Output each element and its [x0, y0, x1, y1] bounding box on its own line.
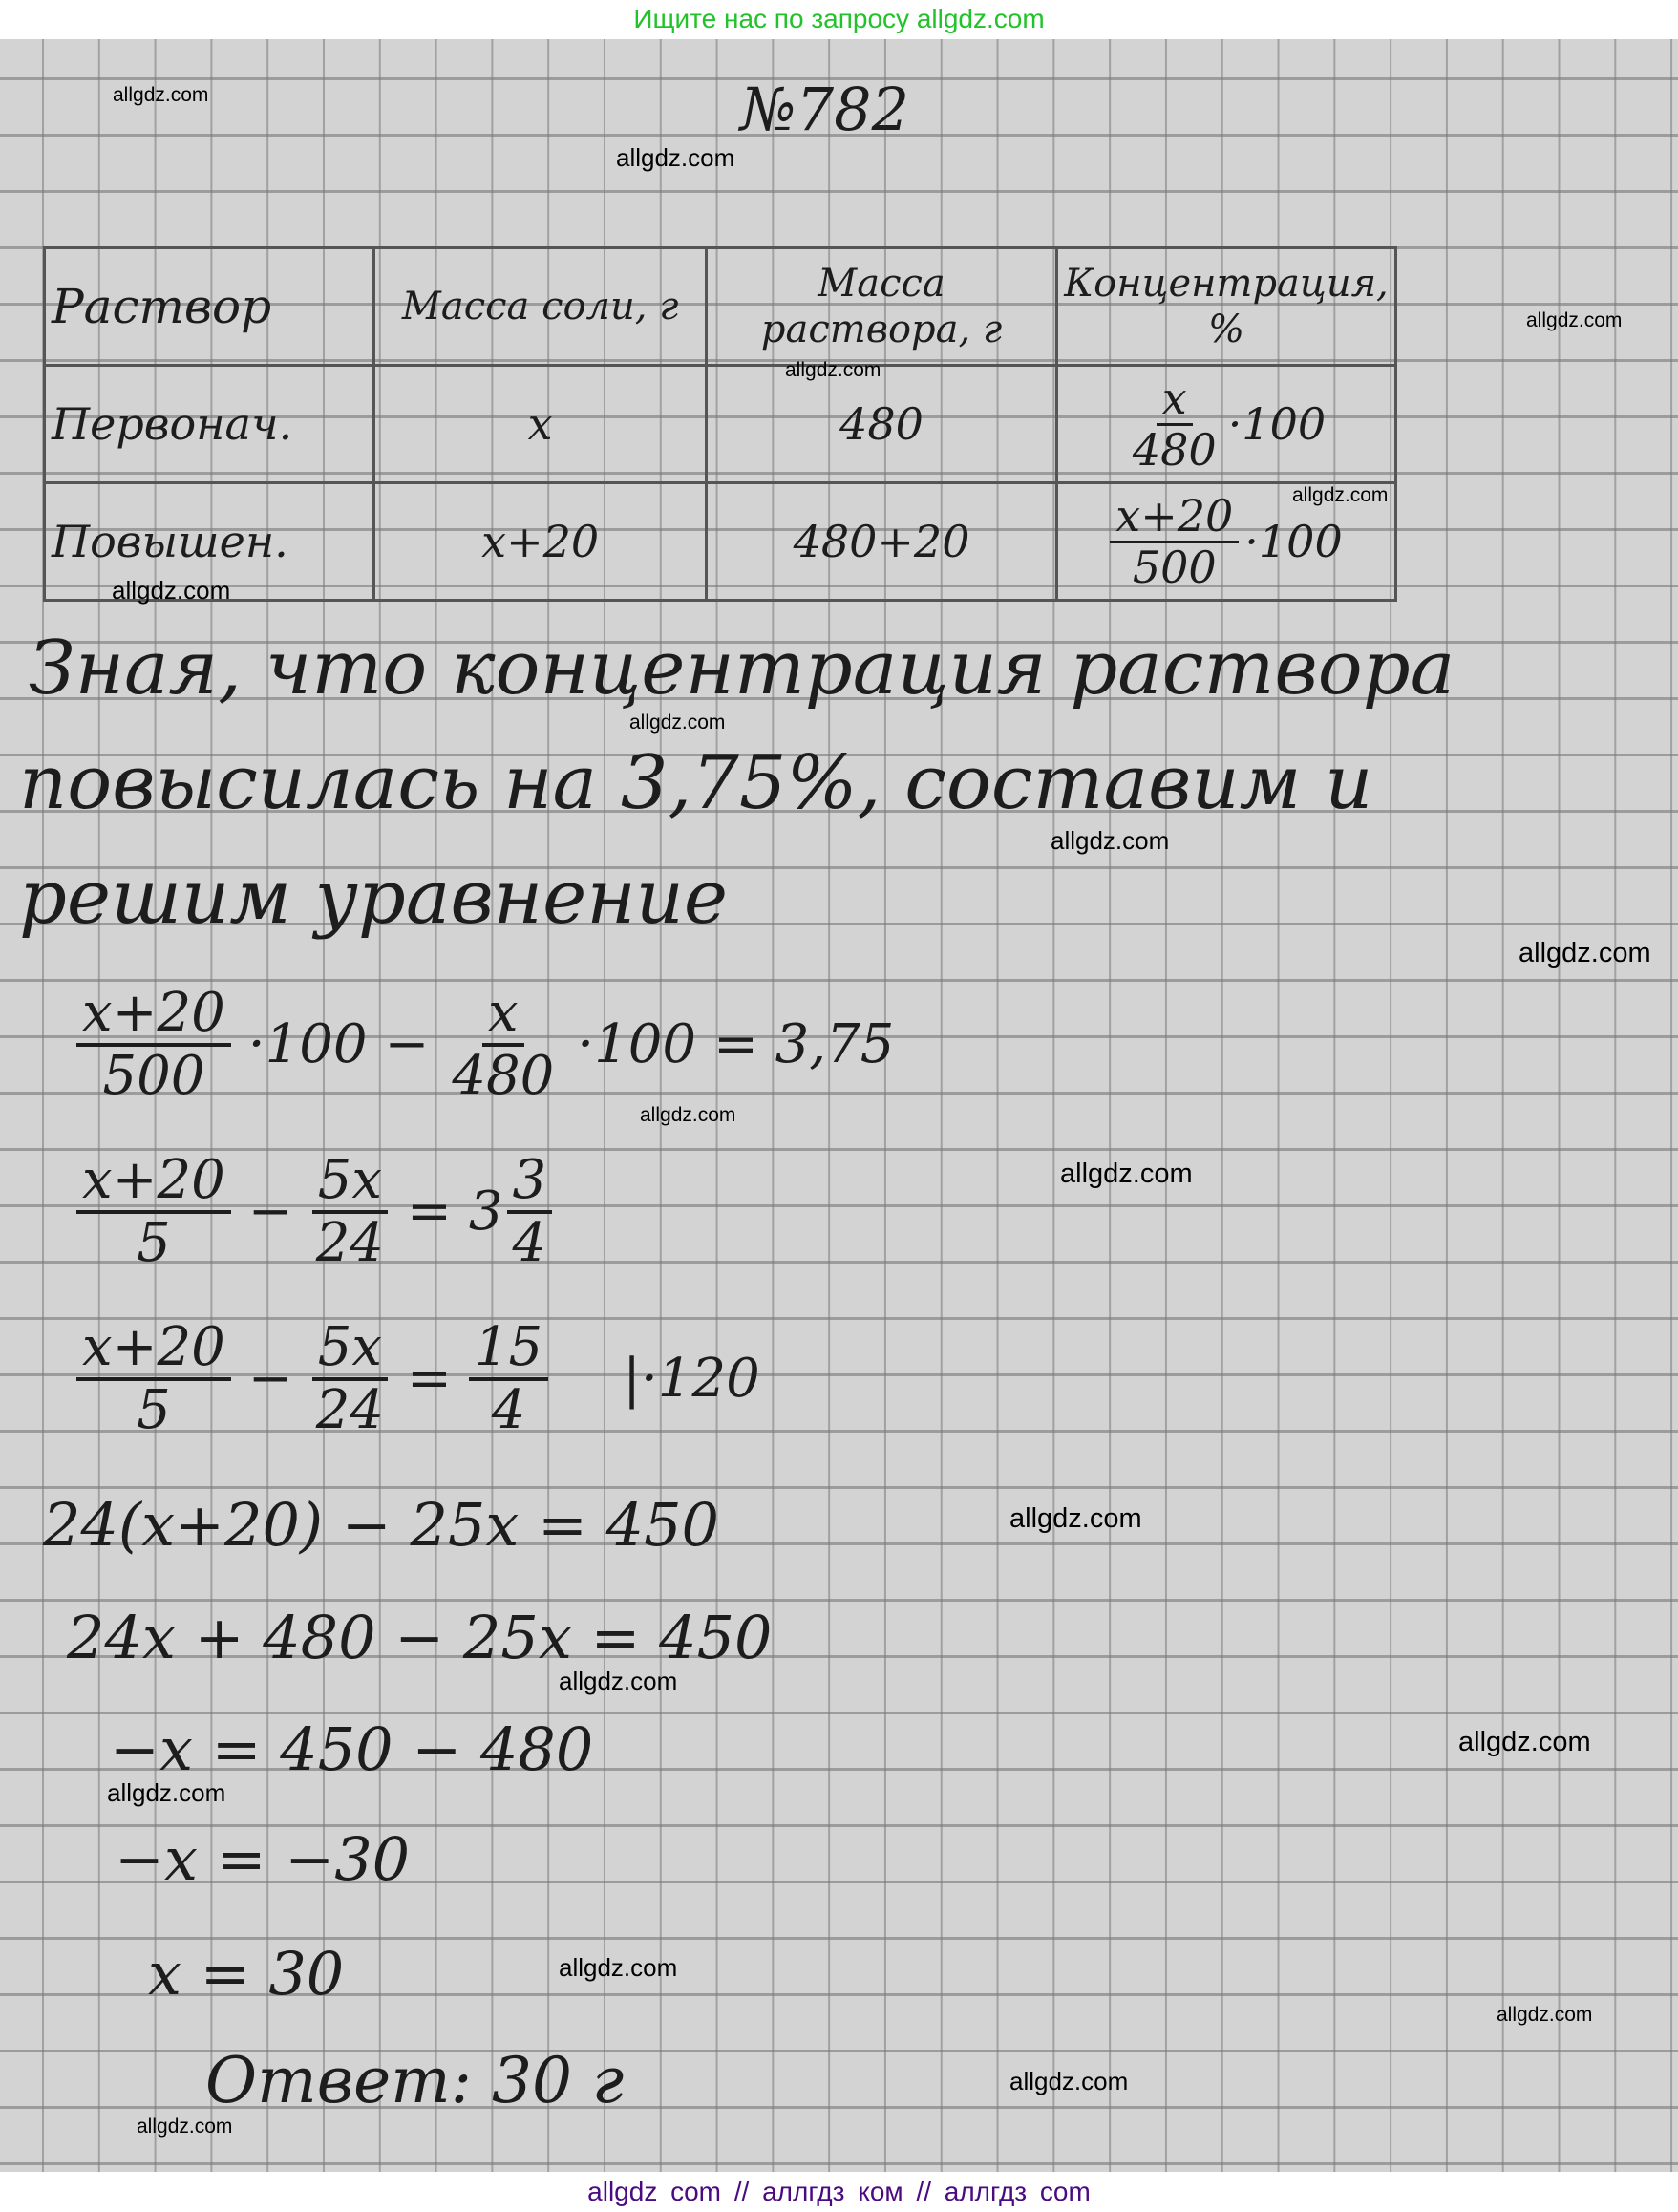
denominator: 24 [310, 1381, 390, 1440]
operator: − [384, 1013, 429, 1075]
table-header-row: Раствор Масса соли, г Масса раствора, г … [45, 248, 1396, 366]
row-concentration: x 480 ·100 [1057, 366, 1396, 483]
numerator: x [1157, 374, 1193, 426]
watermark: allgdz.com [1060, 1159, 1193, 1190]
fraction: 15 4 [469, 1318, 548, 1439]
watermark: allgdz.com [1497, 2004, 1592, 2027]
table-row: Первонач. x 480 x 480 ·100 [45, 366, 1396, 483]
rhs: = 3,75 [713, 1013, 894, 1075]
numerator: x [482, 984, 524, 1047]
row-label: Первонач. [45, 366, 374, 483]
operator: − [248, 1180, 293, 1243]
header-concentration: Концентрация, % [1057, 248, 1396, 366]
answer: Ответ: 30 г [205, 2044, 624, 2117]
multiply-note: |·120 [623, 1348, 760, 1410]
equals: = [407, 1348, 452, 1410]
equation-2: x+20 5 − 5x 24 = 3 3 4 [76, 1151, 552, 1272]
numerator: 5x [312, 1318, 388, 1381]
numerator: x+20 [76, 984, 231, 1047]
watermark: allgdz.com [107, 1778, 225, 1808]
fraction: x 480 [1127, 374, 1222, 474]
multiplier: ·100 [1228, 398, 1326, 450]
top-banner: Ищите нас по запросу allgdz.com [0, 0, 1678, 39]
row-salt: x [374, 366, 707, 483]
solution-table: Раствор Масса соли, г Масса раствора, г … [43, 246, 1397, 602]
numerator: x+20 [1110, 492, 1239, 543]
operator: − [248, 1348, 293, 1410]
watermark: allgdz.com [1051, 826, 1169, 856]
fraction: 5x 24 [310, 1151, 390, 1272]
equals: = [407, 1180, 452, 1243]
multiplier: ·100 [1244, 516, 1342, 567]
watermark: allgdz.com [137, 2116, 232, 2138]
numerator: 3 [507, 1151, 553, 1214]
denominator: 480 [1127, 426, 1222, 475]
watermark: allgdz.com [640, 1104, 735, 1127]
text-line-2: повысилась на 3,75%, составим и [19, 740, 1372, 826]
equation-4: 24(x+20) − 25x = 450 [43, 1490, 719, 1560]
equation-8: x = 30 [148, 1939, 344, 2009]
table-row: Повышен. x+20 480+20 x+20 500 ·100 [45, 483, 1396, 601]
text-line-1: Зная, что концентрация раствора [29, 626, 1455, 712]
watermark: allgdz.com [1292, 484, 1388, 507]
row-solution: 480 [707, 366, 1057, 483]
header-solution: Раствор [45, 248, 374, 366]
numerator: x+20 [76, 1318, 231, 1381]
denominator: 5 [131, 1381, 177, 1440]
watermark: allgdz.com [629, 712, 725, 734]
fraction: x 480 [446, 984, 560, 1105]
fraction: x+20 500 [1110, 492, 1239, 591]
row-salt: x+20 [374, 483, 707, 601]
numerator: 5x [312, 1151, 388, 1214]
watermark: allgdz.com [1519, 938, 1651, 969]
fraction: 3 4 [507, 1151, 553, 1272]
numerator: x+20 [76, 1151, 231, 1214]
row-solution: 480+20 [707, 483, 1057, 601]
watermark: allgdz.com [1009, 1503, 1142, 1535]
fraction: x+20 5 [76, 1151, 231, 1272]
mixed-whole: 3 [469, 1180, 503, 1243]
denominator: 4 [507, 1214, 553, 1273]
denominator: 480 [446, 1047, 560, 1106]
equation-7: −x = −30 [115, 1824, 410, 1894]
denominator: 500 [1127, 543, 1222, 592]
header-solution-mass: Масса раствора, г [707, 248, 1057, 366]
equation-6: −x = 450 − 480 [110, 1714, 593, 1784]
multiplier: ·100 [248, 1013, 368, 1075]
watermark: allgdz.com [559, 1667, 677, 1696]
equation-3: x+20 5 − 5x 24 = 15 4 |·120 [76, 1318, 760, 1439]
bottom-banner: allgdz com // аллгдз ком // аллгдз com [0, 2172, 1678, 2212]
multiplier: ·100 [577, 1013, 696, 1075]
fraction: x+20 5 [76, 1318, 231, 1439]
header-salt-mass: Масса соли, г [374, 248, 707, 366]
watermark: allgdz.com [1458, 1727, 1591, 1758]
watermark: allgdz.com [559, 1953, 677, 1983]
watermark: allgdz.com [1009, 2067, 1128, 2096]
equation-5: 24x + 480 − 25x = 450 [67, 1603, 773, 1672]
watermark: allgdz.com [113, 84, 208, 107]
denominator: 500 [96, 1047, 210, 1106]
watermark: allgdz.com [1526, 309, 1622, 332]
denominator: 5 [131, 1214, 177, 1273]
numerator: 15 [469, 1318, 548, 1381]
denominator: 24 [310, 1214, 390, 1273]
watermark: allgdz.com [112, 576, 230, 606]
problem-number: №782 [740, 74, 909, 144]
watermark: allgdz.com [616, 143, 734, 173]
fraction: 5x 24 [310, 1318, 390, 1439]
fraction: x+20 500 [76, 984, 231, 1105]
text-line-3: решим уравнение [19, 855, 728, 941]
denominator: 4 [486, 1381, 532, 1440]
watermark: allgdz.com [785, 359, 881, 382]
equation-1: x+20 500 ·100 − x 480 ·100 = 3,75 [76, 984, 894, 1105]
